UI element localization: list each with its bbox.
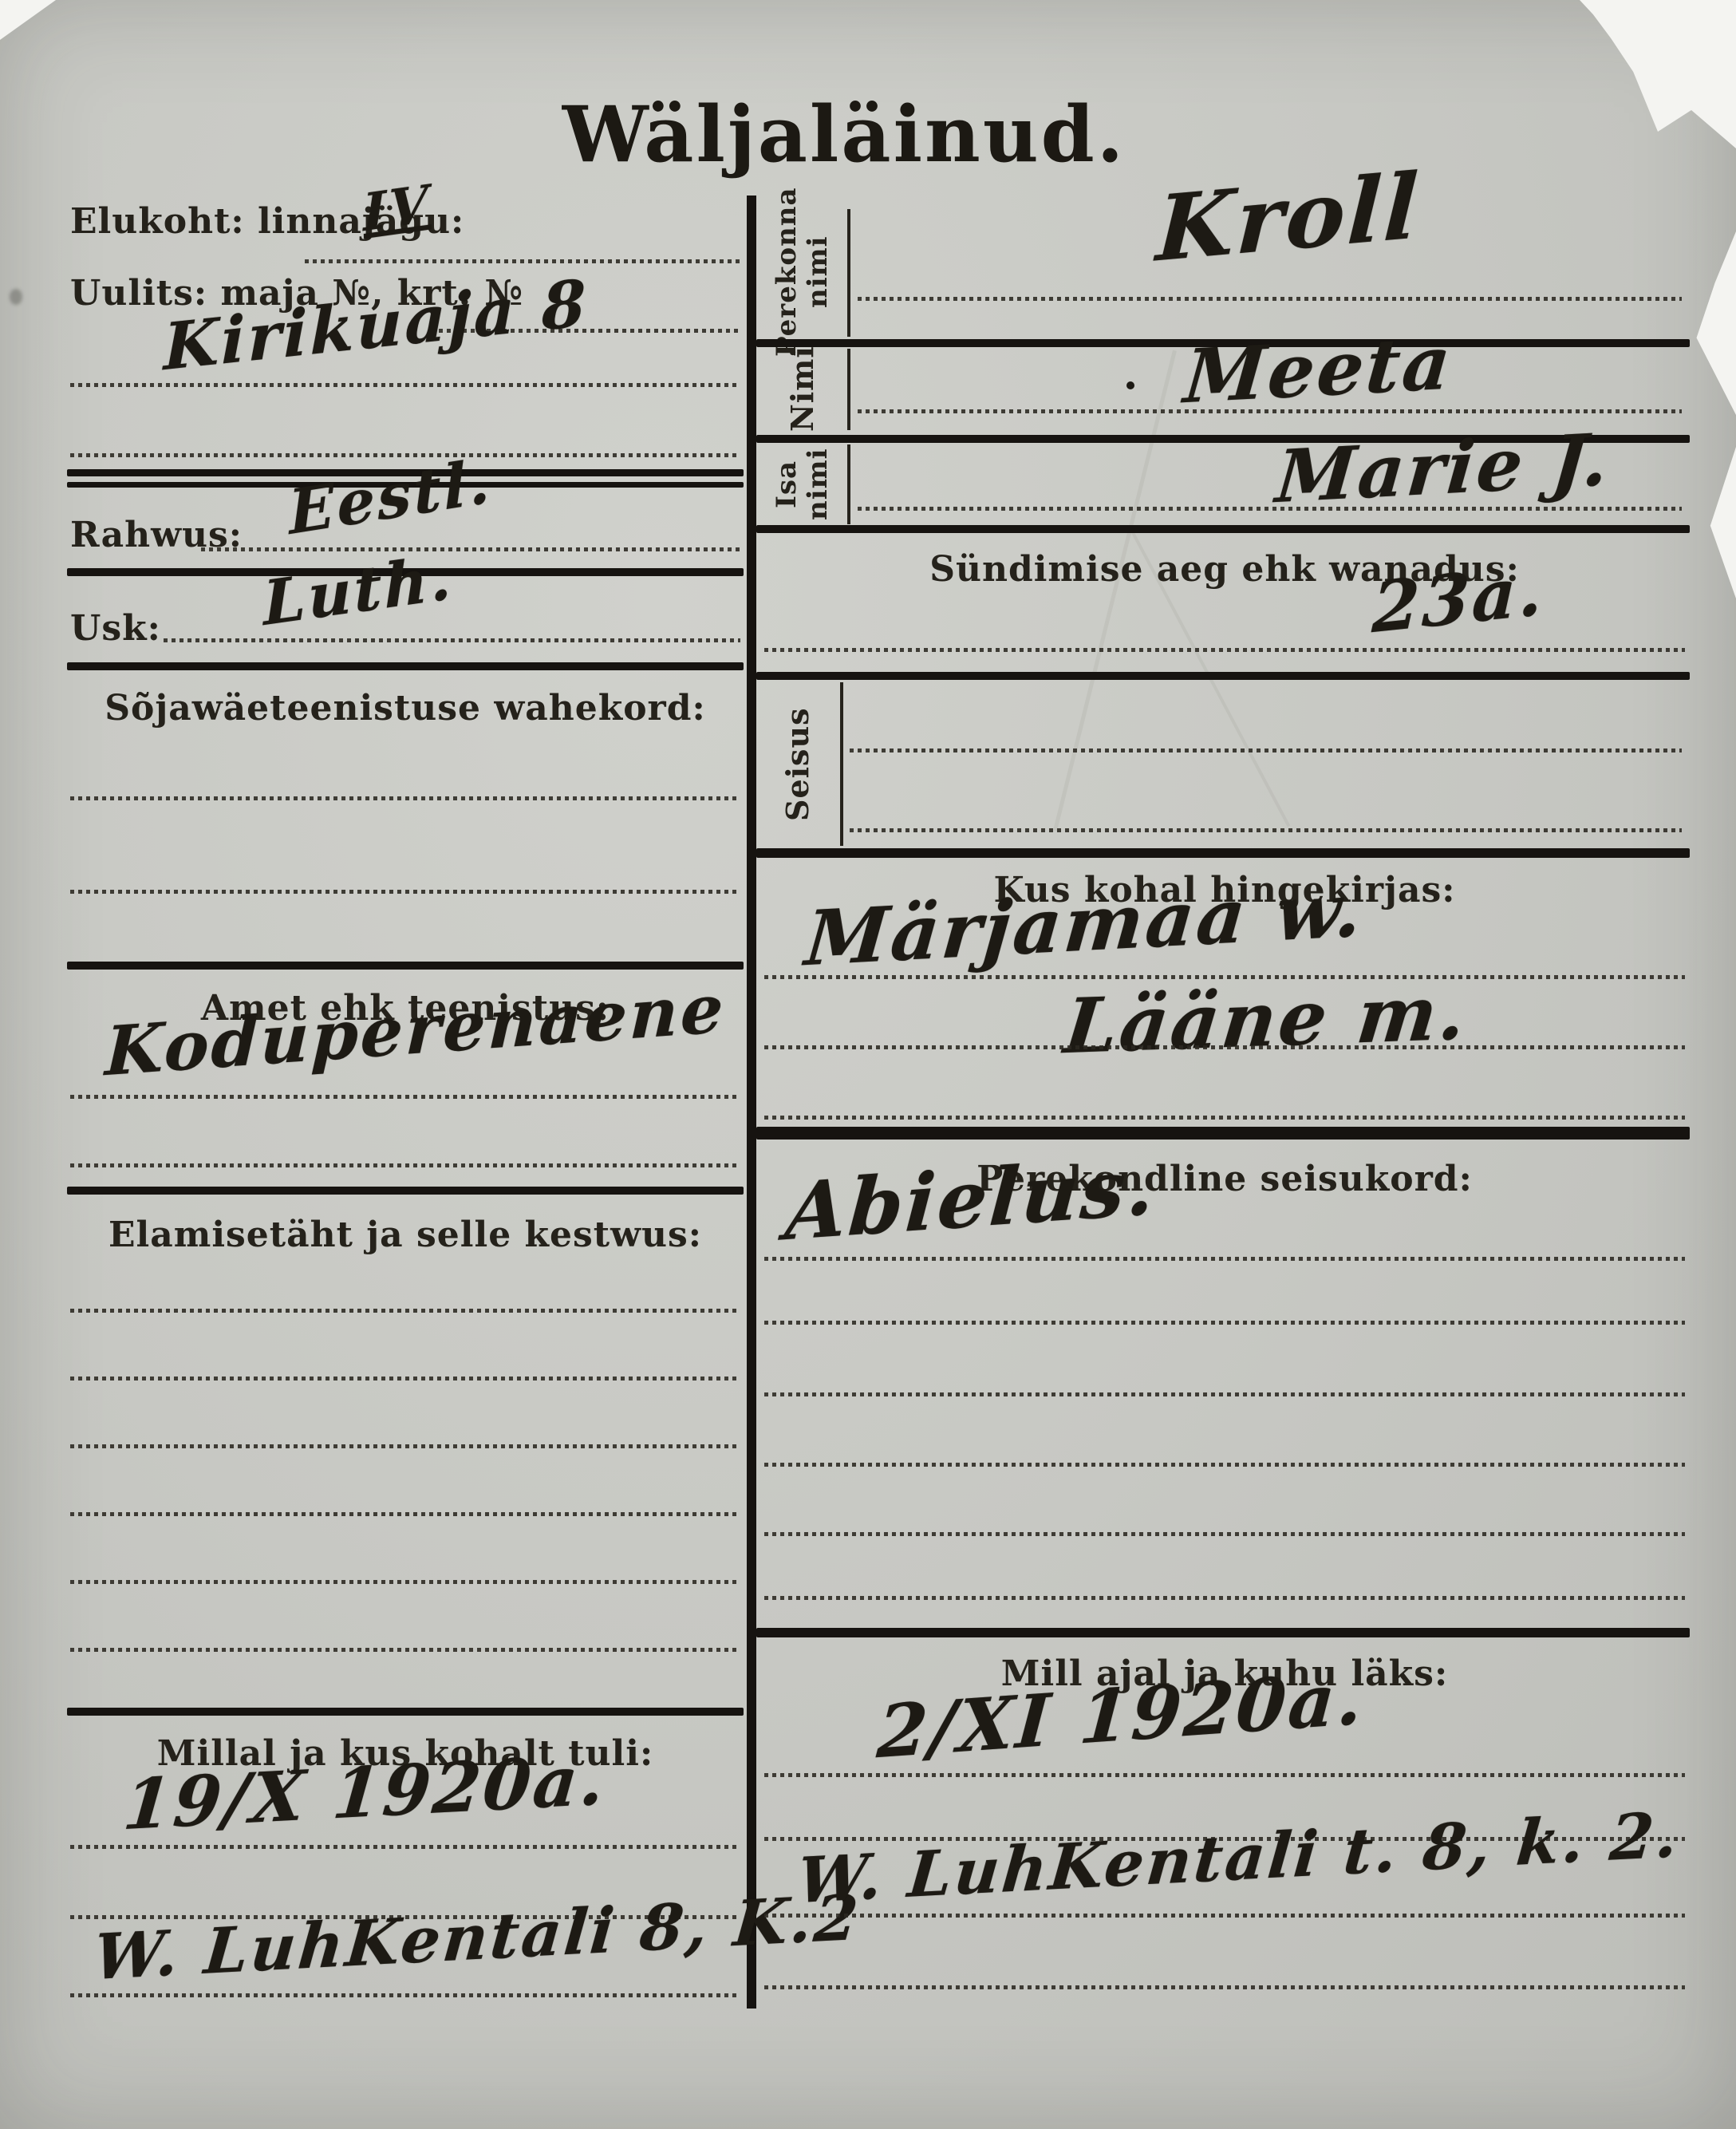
father-name-value: Marie J. bbox=[1272, 417, 1614, 520]
dotted-line bbox=[70, 1845, 740, 1849]
dotted-line bbox=[850, 828, 1682, 832]
birth-age-value: 23a. bbox=[1371, 550, 1546, 650]
rule-thick bbox=[756, 1628, 1690, 1637]
dotted-line bbox=[70, 890, 740, 894]
cell-separator bbox=[847, 349, 850, 430]
dotted-line bbox=[70, 1580, 740, 1584]
dotted-line bbox=[70, 1095, 740, 1099]
dotted-line bbox=[764, 1596, 1685, 1600]
dotted-line bbox=[70, 453, 740, 457]
dotted-line bbox=[305, 259, 740, 263]
rule-thick bbox=[67, 962, 744, 970]
dotted-line bbox=[764, 1392, 1685, 1396]
rule-thick bbox=[756, 672, 1690, 680]
dotted-line bbox=[70, 1444, 740, 1448]
dotted-line bbox=[70, 1163, 740, 1167]
first-name-value: Meeta bbox=[1181, 319, 1456, 420]
rule-thick bbox=[67, 662, 744, 670]
dotted-line bbox=[70, 796, 740, 800]
dotted-line bbox=[70, 1377, 740, 1380]
dotted-line bbox=[764, 1045, 1685, 1049]
residence-value: IV bbox=[362, 174, 432, 243]
crease bbox=[1053, 350, 1177, 831]
dotted-line bbox=[764, 1914, 1685, 1918]
dotted-line bbox=[764, 1985, 1685, 1989]
residence-permit-label: Elamisetäht ja selle kestwus: bbox=[70, 1215, 740, 1255]
cell-separator bbox=[847, 444, 850, 524]
rule-thick bbox=[756, 1127, 1690, 1140]
rule-thick bbox=[67, 1708, 744, 1716]
ink-smudge bbox=[10, 289, 22, 305]
dotted-line bbox=[764, 648, 1685, 652]
dotted-line bbox=[70, 1993, 740, 1997]
form-title: Wäljaläinud. bbox=[0, 89, 1688, 180]
dotted-line bbox=[70, 1512, 740, 1516]
parish-value-line2: Lääne m. bbox=[1060, 969, 1472, 1071]
dotted-line bbox=[764, 1773, 1685, 1777]
dotted-line bbox=[764, 1463, 1685, 1467]
occupation-value: Koduperenaene bbox=[104, 968, 727, 1091]
registration-card: Wäljaläinud. Elukoht: linnajägu: IV Uuli… bbox=[0, 0, 1736, 2129]
dotted-line bbox=[858, 409, 1682, 413]
dotted-line bbox=[70, 383, 740, 387]
dotted-line bbox=[764, 1257, 1685, 1261]
cell-separator bbox=[847, 209, 850, 337]
dotted-line bbox=[850, 749, 1682, 752]
paper-tear-corner bbox=[0, 0, 56, 40]
status-label: Seisus bbox=[758, 682, 838, 846]
departure-address-value: W. LuhKentali t. 8, k. 2. bbox=[795, 1799, 1683, 1918]
dotted-line bbox=[764, 1116, 1685, 1120]
ink-dot bbox=[1126, 381, 1134, 389]
dotted-line bbox=[764, 1321, 1685, 1325]
dotted-line bbox=[858, 507, 1682, 511]
father-name-label: Isa nimi bbox=[759, 444, 846, 524]
rule-thick bbox=[756, 525, 1690, 533]
family-name-value: Kroll bbox=[1154, 154, 1423, 282]
rule-thick bbox=[756, 848, 1690, 858]
dotted-line bbox=[70, 1648, 740, 1652]
nationality-value: Eestl. bbox=[287, 445, 494, 549]
cell-separator bbox=[840, 682, 843, 846]
dotted-line bbox=[201, 547, 740, 551]
dotted-line bbox=[70, 1309, 740, 1313]
dotted-line bbox=[764, 1532, 1685, 1536]
column-divider bbox=[747, 196, 756, 2009]
religion-label: Usk: bbox=[70, 608, 161, 649]
paper-tear-edge bbox=[1683, 231, 1736, 415]
religion-value: Luth. bbox=[262, 541, 454, 639]
dotted-line bbox=[164, 638, 740, 642]
first-name-label: Nimi bbox=[759, 349, 846, 429]
dotted-line bbox=[858, 297, 1682, 301]
rule-thick bbox=[67, 1187, 744, 1195]
paper-tear-edge bbox=[1699, 447, 1736, 598]
family-name-label: Perekonna nimi bbox=[759, 209, 846, 335]
military-service-label: Sõjawäeteenistuse wahekord: bbox=[70, 688, 740, 729]
